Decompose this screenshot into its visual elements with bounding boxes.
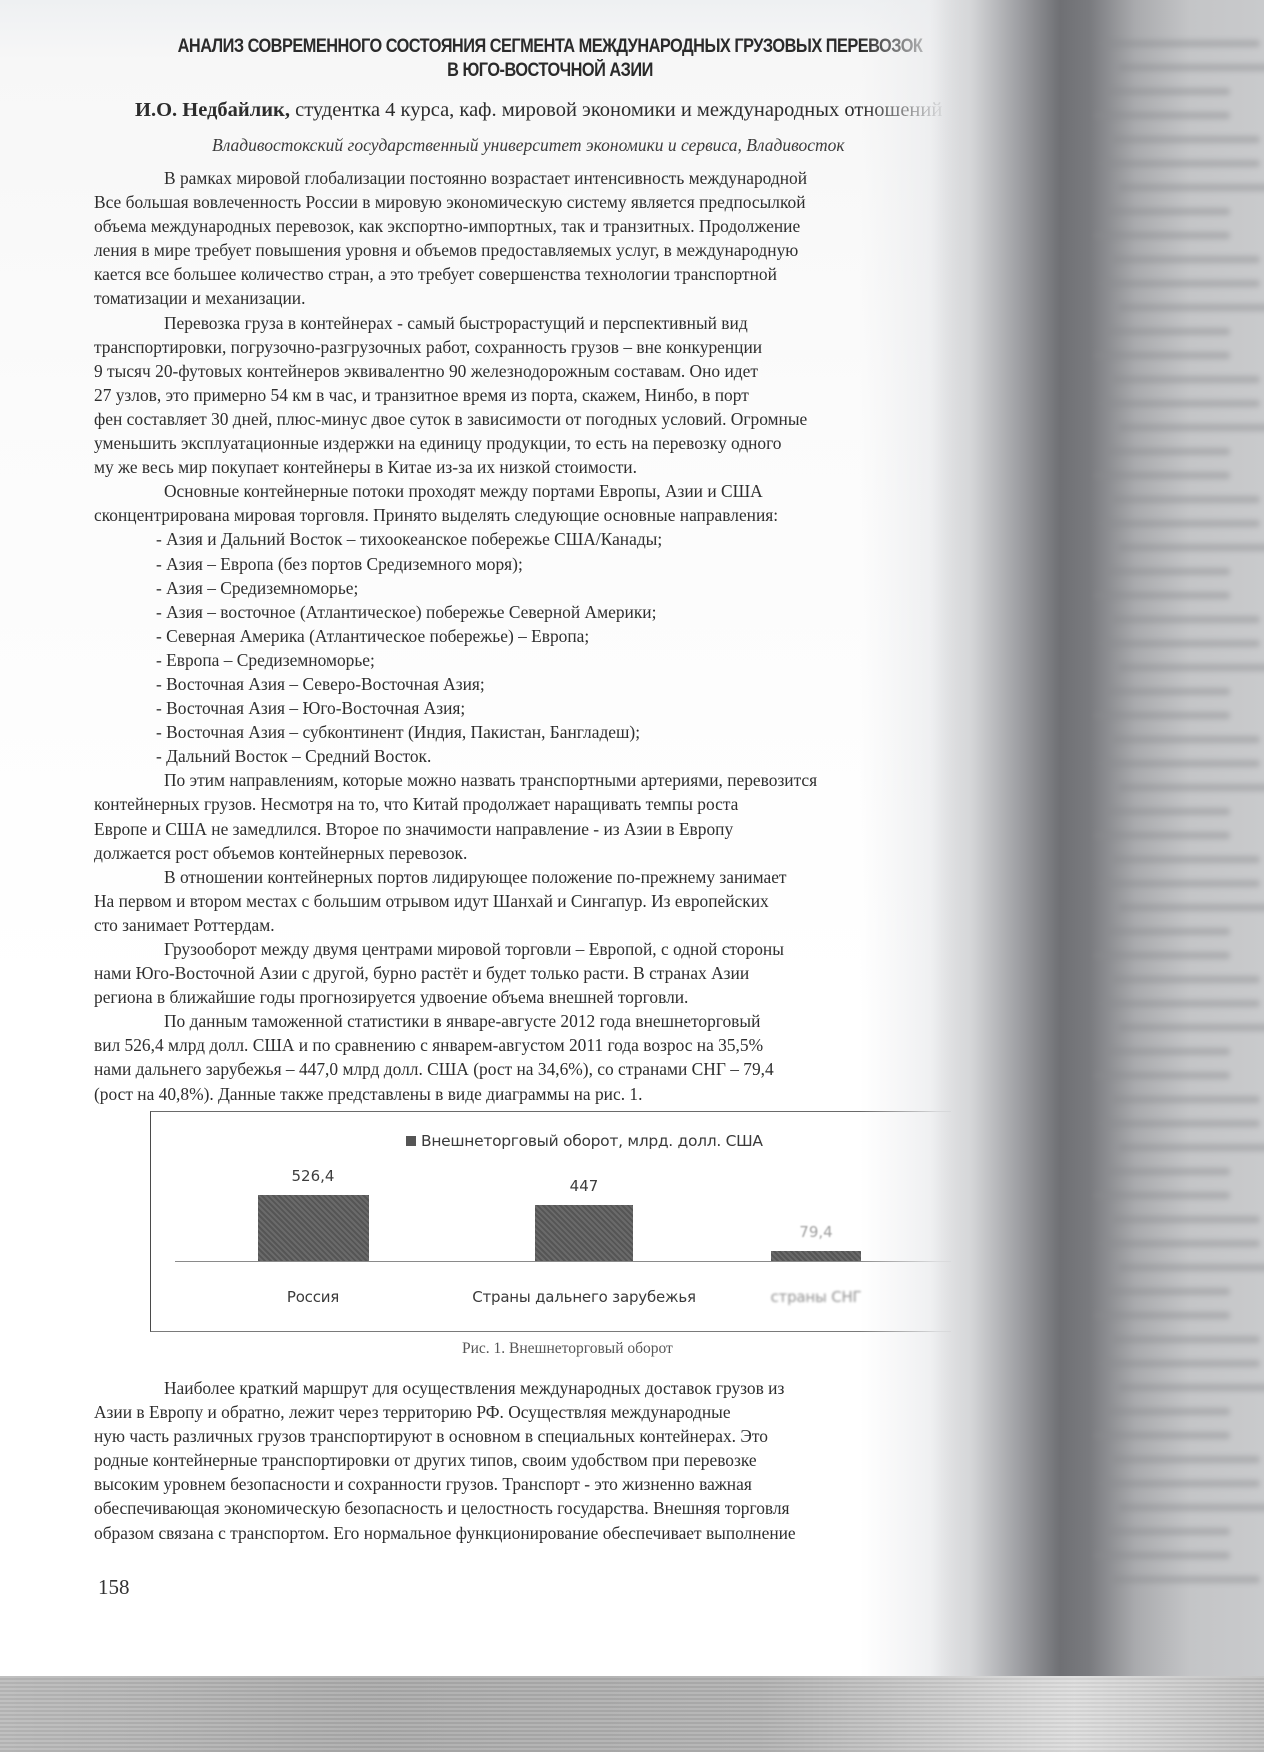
blurred-line [1112, 736, 1260, 743]
blurred-line [1094, 592, 1230, 599]
paragraph-line: региона в ближайшие годы прогнозируется … [94, 985, 1014, 1009]
paragraph-line: В рамках мировой глобализации постоянно … [94, 166, 1014, 190]
blurred-line [1100, 520, 1260, 527]
legend-swatch-icon [406, 1136, 416, 1146]
blurred-line [1118, 1144, 1264, 1151]
author-line: И.О. Недбайлик, студентка 4 курса, каф. … [135, 99, 942, 122]
blurred-line [1106, 1528, 1230, 1535]
scanner-bed [0, 1676, 1264, 1752]
blurred-line [1094, 352, 1230, 359]
direction-list-item: - Азия – восточное (Атлантическое) побер… [94, 600, 1014, 624]
bar-value-label: 526,4 [253, 1167, 373, 1185]
article-title-line-2: В ЮГО-ВОСТОЧНОЙ АЗИИ [163, 60, 937, 82]
direction-list-item: - Северная Америка (Атлантическое побере… [94, 624, 1014, 648]
paragraph-line: фен составляет 30 дней, плюс-минус двое … [94, 407, 1014, 431]
blurred-line [1118, 304, 1264, 311]
blurred-line [1100, 1480, 1260, 1487]
blurred-line [1112, 1456, 1260, 1463]
blurred-line [1106, 1048, 1230, 1055]
paragraph-line: контейнерных грузов. Несмотря на то, что… [94, 792, 1014, 816]
paragraph-line: 9 тысяч 20-футовых контейнеров эквивален… [94, 359, 1014, 383]
paragraph-line: му же весь мир покупает контейнеры в Кит… [94, 455, 1014, 479]
blurred-line [1106, 1288, 1230, 1295]
blurred-line [1094, 472, 1230, 479]
direction-list-item: - Азия – Средиземноморье; [94, 576, 1014, 600]
paragraph-line: кается все большее количество стран, а э… [94, 262, 1014, 286]
blurred-line [1106, 1168, 1230, 1175]
blurred-line [1118, 1504, 1264, 1511]
blurred-line [1100, 160, 1260, 167]
blurred-line [1118, 1024, 1264, 1031]
paragraph-line: объема международных перевозок, как эксп… [94, 214, 1014, 238]
blurred-line [1094, 712, 1230, 719]
blurred-line [1106, 688, 1230, 695]
paragraph-line: Перевозка груза в контейнерах - самый бы… [94, 311, 1014, 335]
blurred-line [1100, 1000, 1260, 1007]
blurred-line [1100, 1360, 1260, 1367]
paragraph-line: обеспечивающая экономическую безопасност… [94, 1496, 1014, 1520]
paragraph-line: должается рост объемов контейнерных пере… [94, 841, 1014, 865]
blurred-line [1094, 1072, 1230, 1079]
blurred-line [1118, 904, 1264, 911]
blurred-line [1106, 88, 1230, 95]
blurred-line [1100, 1240, 1260, 1247]
blurred-line [1112, 256, 1260, 263]
blurred-line [1094, 1552, 1230, 1559]
blurred-line [1100, 640, 1260, 647]
paragraph-line: По этим направлениям, которые можно назв… [94, 768, 1014, 792]
paragraph-line: 27 узлов, это примерно 54 км в час, и тр… [94, 383, 1014, 407]
paragraph-line: Наиболее краткий маршрут для осуществлен… [94, 1376, 1014, 1400]
author-name: И.О. Недбайлик, [135, 99, 290, 121]
paragraph-line: На первом и втором местах с большим отры… [94, 889, 1014, 913]
book-page: АНАЛИЗ СОВРЕМЕННОГО СОСТОЯНИЯ СЕГМЕНТА М… [0, 0, 1264, 1676]
category-label: Россия [183, 1288, 443, 1306]
blurred-line [1112, 1336, 1260, 1343]
blurred-line [1112, 136, 1260, 143]
blurred-line [1118, 184, 1264, 191]
blurred-line [1100, 1120, 1260, 1127]
blurred-line [1100, 760, 1260, 767]
bar-value-label: 79,4 [756, 1223, 876, 1241]
article-title-line-1: АНАЛИЗ СОВРЕМЕННОГО СОСТОЯНИЯ СЕГМЕНТА М… [163, 36, 937, 58]
body-text-3: Наиболее краткий маршрут для осуществлен… [94, 1376, 1014, 1545]
blurred-line [1112, 976, 1260, 983]
blurred-line [1118, 664, 1264, 671]
paragraph-line: ную часть различных грузов транспортирую… [94, 1424, 1014, 1448]
figure-caption: Рис. 1. Внешнеторговый оборот [462, 1340, 673, 1358]
paragraph-line: родные контейнерные транспортировки от д… [94, 1448, 1014, 1472]
blurred-line [1112, 856, 1260, 863]
paragraph-line: Азии в Европу и обратно, лежит через тер… [94, 1400, 1014, 1424]
paragraph-line: Основные контейнерные потоки проходят ме… [94, 479, 1014, 503]
paragraph-line: образом связана с транспортом. Его норма… [94, 1521, 1014, 1545]
blurred-line [1106, 208, 1230, 215]
blurred-line [1106, 928, 1230, 935]
body-text-1: В рамках мировой глобализации постоянно … [94, 166, 1014, 1106]
paragraph-line: вил 526,4 млрд долл. США и по сравнению … [94, 1033, 1014, 1057]
paragraph-line: уменьшить эксплуатационные издержки на е… [94, 431, 1014, 455]
blurred-line [1094, 952, 1230, 959]
blurred-line [1118, 1384, 1264, 1391]
direction-list-item: - Дальний Восток – Средний Восток. [94, 744, 1014, 768]
chart-legend: Внешнеторговый оборот, млрд. долл. США [406, 1132, 763, 1150]
paragraph-line: В отношении контейнерных портов лидирующ… [94, 865, 1014, 889]
direction-list-item: - Восточная Азия – субконтинент (Индия, … [94, 720, 1014, 744]
paragraph-line: По данным таможенной статистики в январе… [94, 1009, 1014, 1033]
blurred-line [1118, 1264, 1264, 1271]
blurred-line [1100, 40, 1260, 47]
blurred-line [1118, 64, 1264, 71]
paragraph-line: транспортировки, погрузочно-разгрузочных… [94, 335, 1014, 359]
chart-bar [771, 1251, 861, 1261]
paragraph-line: Грузооборот между двумя центрами мировой… [94, 937, 1014, 961]
blurred-line [1112, 616, 1260, 623]
blurred-line [1106, 448, 1230, 455]
blurred-line [1106, 328, 1230, 335]
category-label: страны СНГ [686, 1288, 946, 1306]
blurred-line [1094, 232, 1230, 239]
direction-list-item: - Европа – Средиземноморье; [94, 648, 1014, 672]
blurred-line [1106, 808, 1230, 815]
paragraph-line: Европе и США не замедлился. Второе по зн… [94, 817, 1014, 841]
direction-list-item: - Азия и Дальний Восток – тихоокеанское … [94, 527, 1014, 551]
chart-bar [258, 1195, 369, 1261]
blurred-line [1112, 496, 1260, 503]
blurred-line [1100, 880, 1260, 887]
blurred-line [1118, 784, 1264, 791]
paragraph-line: (рост на 40,8%). Данные также представле… [94, 1082, 1014, 1106]
blurred-line [1100, 400, 1260, 407]
paragraph-line: высоким уровнем безопасности и сохраннос… [94, 1472, 1014, 1496]
page-number: 158 [98, 1575, 130, 1600]
direction-list-item: - Восточная Азия – Северо-Восточная Азия… [94, 672, 1014, 696]
blurred-line [1112, 1216, 1260, 1223]
blurred-line [1112, 376, 1260, 383]
author-description: студентка 4 курса, каф. мировой экономик… [290, 99, 942, 121]
direction-list-item: - Азия – Европа (без портов Средиземного… [94, 552, 1014, 576]
category-label: Страны дальнего зарубежья [454, 1288, 714, 1306]
blurred-line [1118, 544, 1264, 551]
paragraph-line: сконцентрирована мировая торговля. Приня… [94, 503, 1014, 527]
paragraph-line: сто занимает Роттердам. [94, 913, 1014, 937]
paragraph-line: Все большая вовлеченность России в миров… [94, 190, 1014, 214]
blurred-line [1106, 568, 1230, 575]
bar-value-label: 447 [524, 1177, 644, 1195]
blurred-line [1100, 280, 1260, 287]
chart-baseline [175, 1261, 951, 1262]
blurred-line [1094, 1432, 1230, 1439]
paragraph-line: ления в мире требует повышения уровня и … [94, 238, 1014, 262]
blurred-line [1094, 1192, 1230, 1199]
blurred-line [1112, 1576, 1260, 1583]
chart-bar [535, 1205, 633, 1261]
facing-page-blurred-text [1080, 0, 1264, 1676]
blurred-line [1118, 424, 1264, 431]
blurred-line [1094, 832, 1230, 839]
blurred-line [1094, 1312, 1230, 1319]
bar-chart: Внешнеторговый оборот, млрд. долл. США 5… [150, 1111, 951, 1332]
paragraph-line: томатизации и механизации. [94, 286, 1014, 310]
paragraph-line: нами Юго-Восточной Азии с другой, бурно … [94, 961, 1014, 985]
blurred-line [1112, 1096, 1260, 1103]
legend-label: Внешнеторговый оборот, млрд. долл. США [421, 1132, 763, 1150]
paragraph-line: нами дальнего зарубежья – 447,0 млрд дол… [94, 1057, 1014, 1081]
direction-list-item: - Восточная Азия – Юго-Восточная Азия; [94, 696, 1014, 720]
affiliation: Владивостокский государственный универси… [212, 135, 845, 156]
blurred-line [1106, 1408, 1230, 1415]
blurred-line [1094, 112, 1230, 119]
